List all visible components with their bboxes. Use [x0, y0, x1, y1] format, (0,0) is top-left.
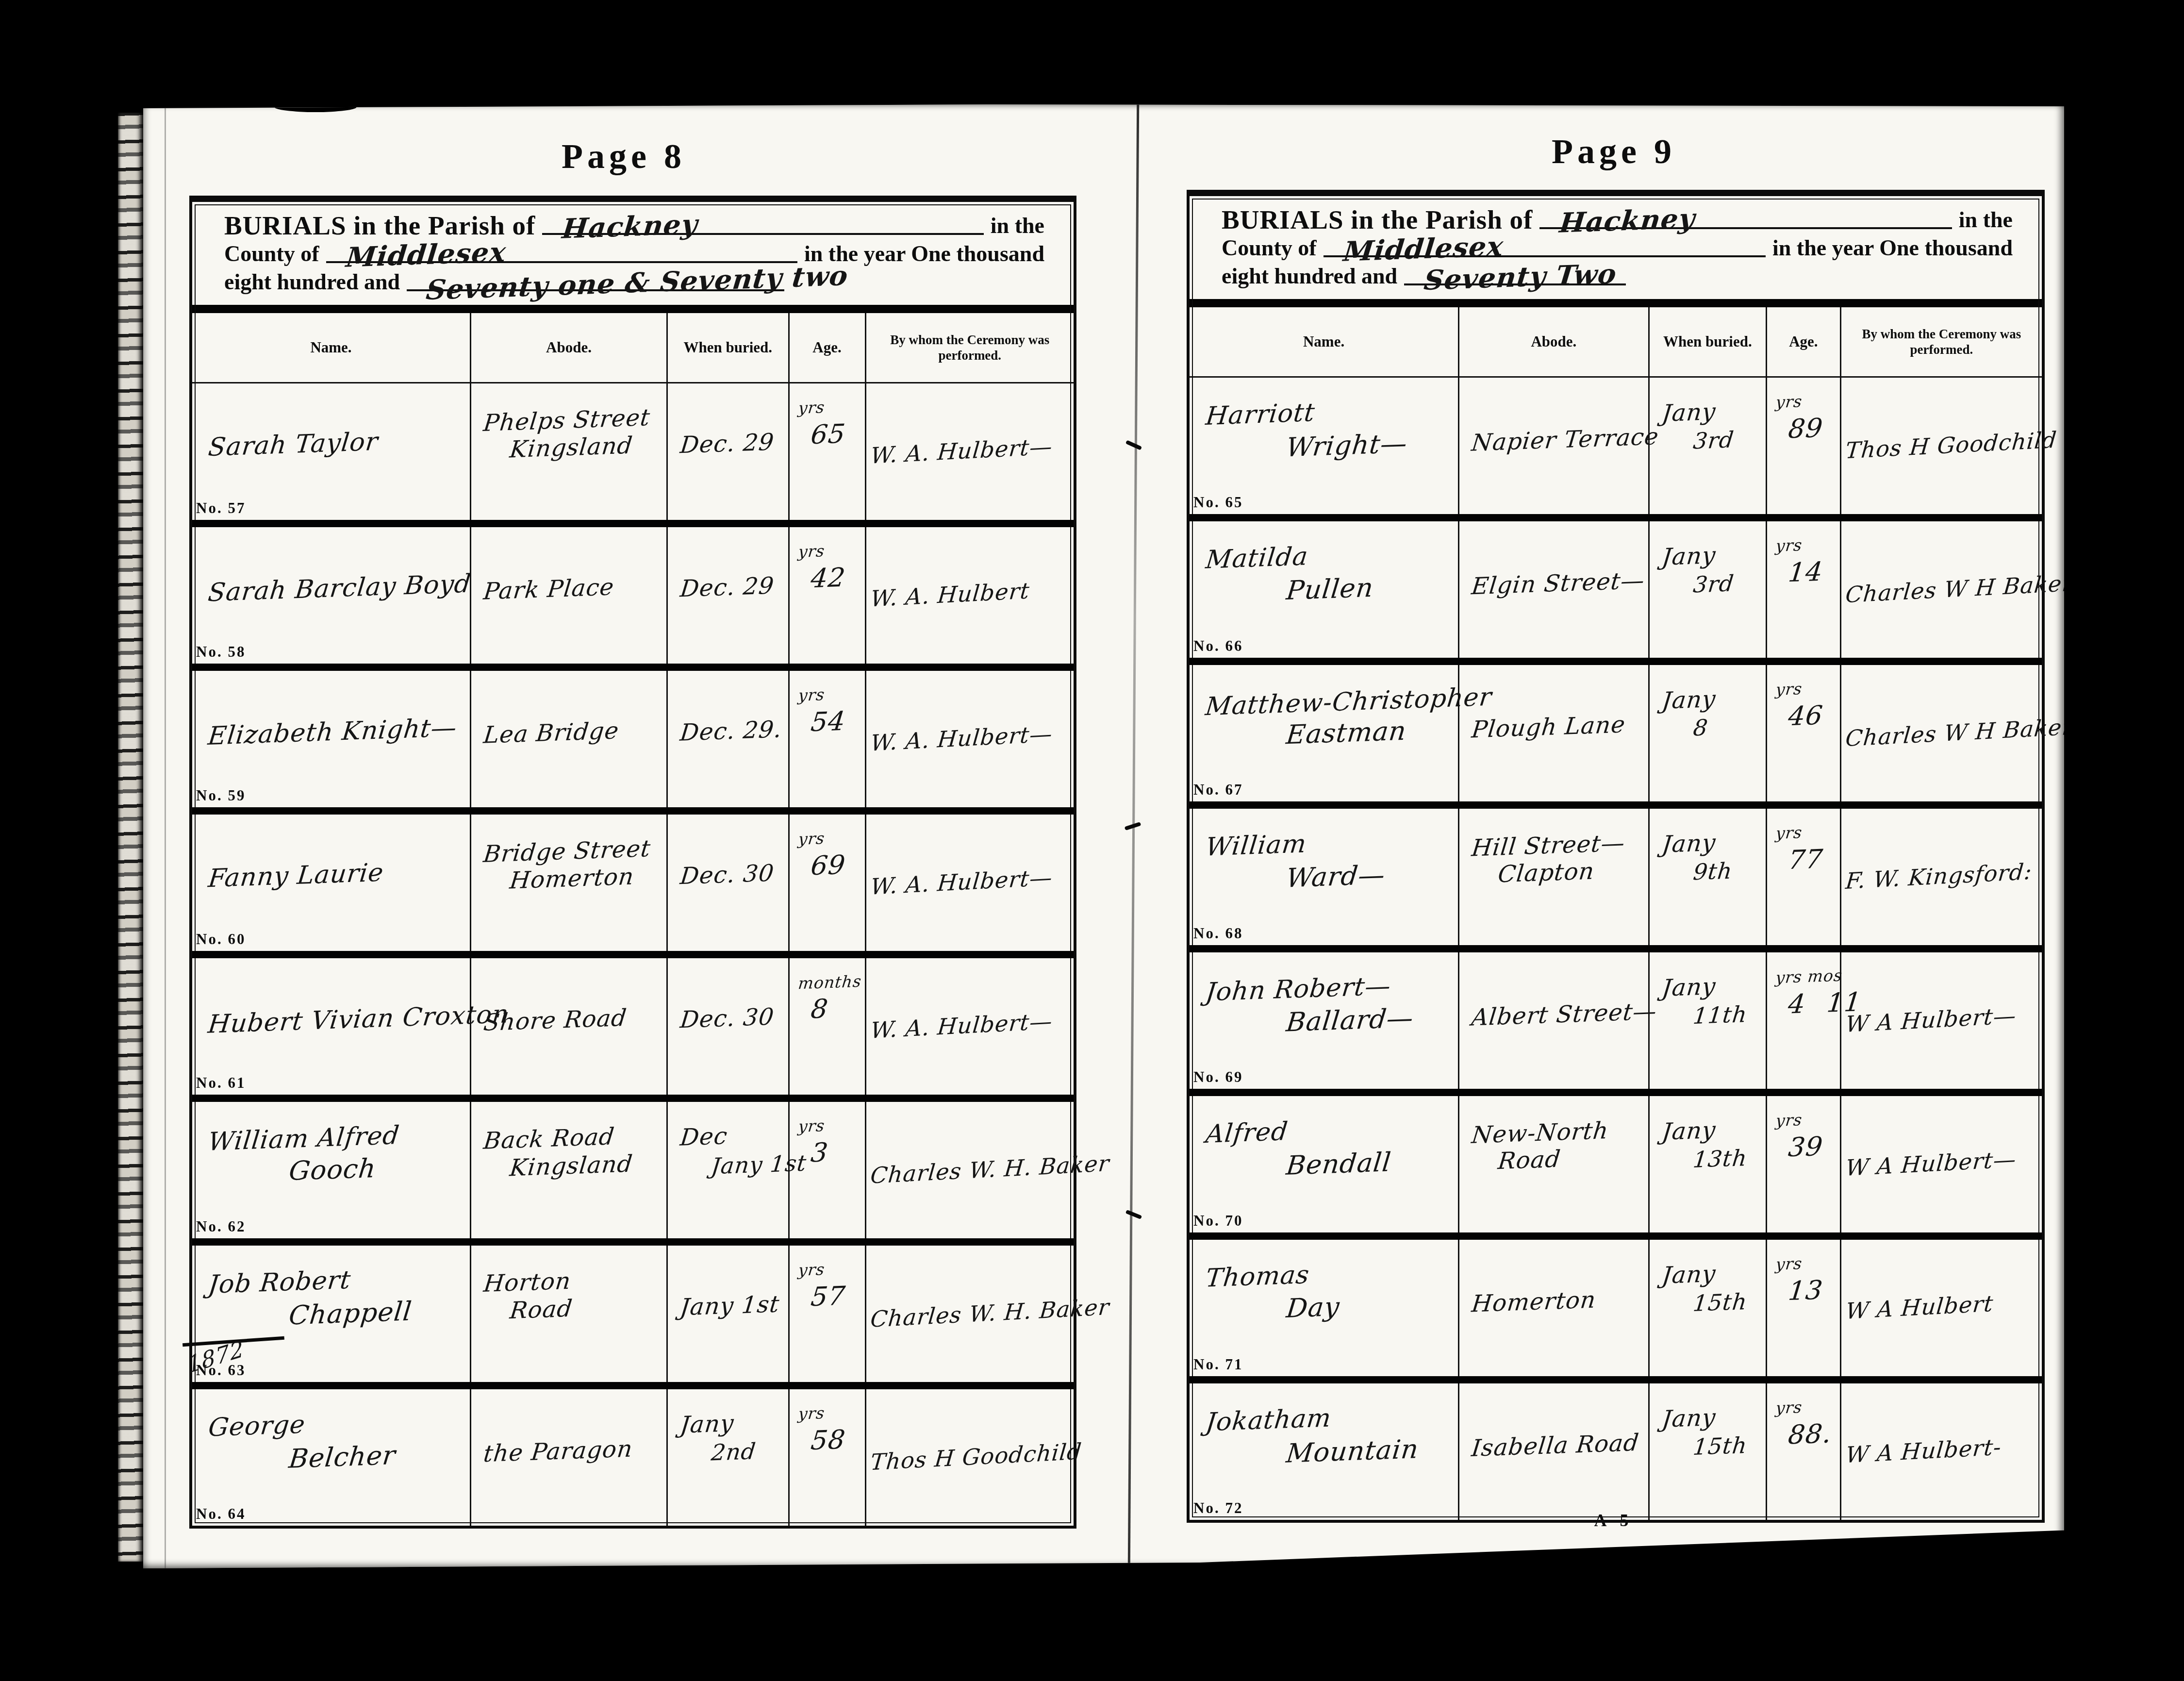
abode-line-2: Road — [1497, 1146, 1562, 1175]
age-unit: yrs — [797, 541, 826, 561]
minister-signature: W. A. Hulbert— — [869, 720, 1054, 756]
when-buried-line-1: Dec. 29 — [679, 429, 776, 459]
when-buried-line-2: 15th — [1692, 1432, 1749, 1460]
when-buried-cell: Dec. 30 — [666, 815, 788, 951]
page-edge-line — [165, 103, 166, 1568]
ceremony-by-cell: F. W. Kingsford: — [1840, 809, 2042, 945]
burial-record-row: John Robert— Ballard— No. 69 Albert Stre… — [1190, 952, 2042, 1096]
name-line-1: William — [1204, 829, 1308, 862]
when-buried-line-2: 3rd — [1692, 427, 1736, 454]
abode-cell: Plough Lane — [1458, 665, 1648, 801]
when-buried-cell: Jany 2nd — [666, 1389, 788, 1526]
divider-bar — [1190, 299, 2042, 307]
age-cell: yrs 89 — [1766, 378, 1840, 514]
name-line-2: Belcher — [287, 1440, 397, 1474]
age-value: 8 — [809, 993, 829, 1024]
when-buried-cell: Jany 11th — [1648, 952, 1766, 1089]
burial-register-form-page-8: BURIALS in the Parish of Hackney in the … — [189, 196, 1076, 1529]
age-cell: yrs 88. — [1766, 1383, 1840, 1520]
when-buried-line-1: Jany — [1661, 1116, 1717, 1146]
when-buried-line-1: Jany — [1661, 685, 1717, 715]
burial-record-row: Jokatham Mountain No. 72 Isabella Road J… — [1190, 1383, 2042, 1520]
when-buried-line-1: Dec. 29 — [679, 572, 776, 603]
minister-signature: Thos H Goodchild — [869, 1438, 1083, 1476]
ceremony-by-cell: W A Hulbert— — [1840, 952, 2042, 1089]
year-rule: Seventy Two — [1404, 263, 1625, 285]
column-header-abode: Abode. — [1458, 307, 1648, 376]
name-line-2: Ballard— — [1285, 1002, 1415, 1037]
burial-record-row: George Belcher No. 64 the Paragon Jany 2… — [192, 1389, 1074, 1526]
abode-cell: Isabella Road — [1458, 1383, 1648, 1520]
when-buried-line-1: Jany 1st — [679, 1290, 781, 1321]
abode-cell: Back Road Kingsland — [470, 1102, 666, 1238]
parish-handwritten: Hackney — [561, 210, 699, 243]
book-binding-edge — [118, 113, 144, 1562]
age-unit: yrs — [797, 1260, 826, 1280]
abode-cell: Bridge Street Homerton — [470, 815, 666, 951]
record-number: No. 69 — [1193, 1068, 1243, 1086]
age-value: 58 — [809, 1424, 847, 1456]
abode-line-1: Plough Lane — [1470, 711, 1626, 744]
burial-record-row: Matilda Pullen No. 66 Elgin Street— Jany… — [1190, 521, 2042, 665]
record-number: No. 65 — [1193, 494, 1243, 511]
age-unit: yrs — [797, 685, 826, 705]
when-buried-line-1: Jany — [1661, 398, 1717, 427]
age-value: 89 — [1787, 413, 1825, 444]
county-of-label: County of — [224, 240, 319, 268]
age-value: 57 — [809, 1281, 847, 1312]
in-the-label: in the — [1959, 206, 2013, 234]
ceremony-by-cell: W. A. Hulbert— — [865, 383, 1074, 520]
abode-cell: New-North Road — [1458, 1096, 1648, 1232]
name-cell: Thomas Day No. 71 — [1190, 1240, 1458, 1376]
burial-record-row: William Ward— No. 68 Hill Street— Clapto… — [1190, 809, 2042, 952]
burial-register-form-page-9: BURIALS in the Parish of Hackney in the … — [1187, 190, 2045, 1523]
abode-cell: Albert Street— — [1458, 952, 1648, 1089]
column-header-age: Age. — [1766, 307, 1840, 376]
ceremony-by-cell: Charles W H Baker — [1840, 665, 2072, 801]
record-number: No. 68 — [1193, 925, 1243, 942]
age-value: 65 — [809, 418, 847, 450]
ceremony-by-cell: W. A. Hulbert— — [865, 815, 1074, 951]
burial-record-row: Thomas Day No. 71 Homerton Jany 15th yrs… — [1190, 1240, 2042, 1383]
header-line-3: eight hundred and Seventy Two — [1222, 262, 2013, 290]
binding-stitch — [1125, 440, 1142, 450]
record-number: No. 64 — [196, 1505, 246, 1523]
age-unit: yrs — [1775, 392, 1803, 412]
age-unit: yrs — [1775, 1110, 1803, 1130]
name-cell: Sarah Barclay Boyd No. 58 — [192, 527, 470, 664]
parish-rule: Hackney — [542, 213, 984, 235]
when-buried-line-1: Jany — [1661, 829, 1717, 858]
name-cell: John Robert— Ballard— No. 69 — [1190, 952, 1458, 1089]
abode-cell: Shore Road — [470, 958, 666, 1095]
age-cell: yrs 14 — [1766, 521, 1840, 658]
name-line-1: Job Robert — [207, 1265, 352, 1299]
when-buried-line-2: 15th — [1692, 1288, 1749, 1316]
name-line-2: Wright— — [1285, 428, 1409, 463]
abode-line-2: Kingsland — [509, 432, 634, 464]
county-handwritten: Middlesex — [345, 238, 508, 271]
column-header-name: Name. — [1190, 307, 1458, 376]
name-cell: Sarah Taylor No. 57 — [192, 383, 470, 520]
abode-line-1: Back Road — [482, 1123, 616, 1154]
ceremony-by-cell: W. A. Hulbert— — [865, 671, 1074, 807]
when-buried-cell: Jany 1st — [666, 1246, 788, 1382]
ceremony-by-cell: W. A. Hulbert — [865, 527, 1074, 664]
ceremony-by-cell: W A Hulbert — [1840, 1240, 2042, 1376]
record-number: No. 61 — [196, 1074, 246, 1092]
parish-rule: Hackney — [1539, 207, 1952, 229]
abode-line-1: New-North — [1471, 1117, 1610, 1149]
name-line-2: Chappell — [287, 1296, 414, 1331]
minister-signature: W. A. Hulbert— — [869, 433, 1054, 468]
year-handwritten: Seventy Two — [1423, 260, 1618, 295]
age-value: 69 — [809, 849, 847, 881]
age-unit: yrs — [1775, 1254, 1803, 1274]
column-headers: Name. Abode. When buried. Age. By whom t… — [192, 313, 1074, 383]
ceremony-by-cell: Thos H Goodchild — [1840, 378, 2056, 514]
minister-signature: W A Hulbert — [1845, 1290, 1995, 1324]
abode-line-1: Park Place — [482, 573, 616, 605]
book-crease — [1128, 103, 1139, 1568]
when-buried-cell: Jany 3rd — [1648, 378, 1766, 514]
when-buried-cell: Dec. 29 — [666, 527, 788, 664]
record-number: No. 59 — [196, 787, 246, 804]
when-buried-line-2: 13th — [1692, 1145, 1749, 1173]
age-value: 46 — [1787, 700, 1825, 732]
abode-line-1: the Paragon — [482, 1435, 634, 1468]
name-cell: Hubert Vivian Croxton No. 61 — [192, 958, 470, 1095]
record-number: No. 66 — [1193, 637, 1243, 655]
age-unit: yrs — [1775, 823, 1803, 843]
year-one-thousand-label: in the year One thousand — [1772, 234, 2013, 262]
age-unit: yrs — [1775, 679, 1803, 699]
name-line-1: Alfred — [1204, 1117, 1289, 1149]
form-header: BURIALS in the Parish of Hackney in the … — [192, 202, 1074, 302]
ceremony-by-cell: Charles W. H. Baker — [865, 1246, 1109, 1382]
when-buried-cell: Jany 15th — [1648, 1383, 1766, 1520]
when-buried-cell: Jany 15th — [1648, 1240, 1766, 1376]
name-cell: Matilda Pullen No. 66 — [1190, 521, 1458, 658]
county-handwritten: Middlesex — [1342, 232, 1505, 266]
when-buried-cell: Jany 9th — [1648, 809, 1766, 945]
age-unit: yrs — [797, 829, 826, 849]
burial-record-row: Sarah Taylor No. 57 Phelps Street Kingsl… — [192, 383, 1074, 527]
name-cell: William Ward— No. 68 — [1190, 809, 1458, 945]
burial-record-row: Job Robert Chappell No. 63 Horton Road J… — [192, 1246, 1074, 1389]
age-value: 42 — [809, 562, 847, 594]
minister-signature: F. W. Kingsford: — [1844, 858, 2033, 894]
name-line-1: Sarah Taylor — [207, 427, 380, 462]
age-value: 39 — [1787, 1131, 1825, 1163]
name-cell: George Belcher No. 64 — [192, 1389, 470, 1526]
abode-cell: Park Place — [470, 527, 666, 664]
age-cell: yrs mos 4 11 — [1766, 952, 1840, 1089]
ceremony-by-cell: W. A. Hulbert— — [865, 958, 1074, 1095]
county-rule: Middlesex — [326, 241, 797, 263]
age-cell: yrs 46 — [1766, 665, 1840, 801]
ceremony-by-cell: Charles W. H. Baker — [865, 1102, 1109, 1238]
age-cell: yrs 54 — [788, 671, 865, 807]
when-buried-line-2: 11th — [1692, 1001, 1749, 1029]
column-header-abode: Abode. — [470, 313, 666, 382]
name-line-1: Harriott — [1204, 398, 1316, 431]
age-value: 54 — [809, 706, 847, 737]
name-cell: Jokatham Mountain No. 72 — [1190, 1383, 1458, 1520]
record-number: No. 71 — [1193, 1356, 1243, 1373]
abode-line-2: Kingsland — [509, 1150, 634, 1182]
age-value: 3 — [809, 1137, 829, 1168]
ceremony-by-cell: Thos H Goodchild — [865, 1389, 1081, 1526]
abode-cell: the Paragon — [470, 1389, 666, 1526]
name-cell: Harriott Wright— No. 65 — [1190, 378, 1458, 514]
abode-line-1: Albert Street— — [1470, 998, 1658, 1031]
burial-record-row: Alfred Bendall No. 70 New-North Road Jan… — [1190, 1096, 2042, 1240]
when-buried-line-1: Dec. 30 — [679, 860, 776, 890]
abode-line-1: Shore Road — [482, 1004, 628, 1036]
burial-record-row: Harriott Wright— No. 65 Napier Terrace J… — [1190, 378, 2042, 521]
name-line-1: Jokatham — [1204, 1404, 1333, 1437]
name-line-1: William Alfred — [207, 1121, 401, 1157]
age-cell: yrs 69 — [788, 815, 865, 951]
burials-label: BURIALS in the Parish of — [1222, 206, 1533, 234]
divider-bar — [192, 305, 1074, 313]
age-unit: yrs — [797, 398, 826, 417]
age-value: 13 — [1787, 1275, 1825, 1306]
name-line-1: Fanny Laurie — [207, 858, 385, 894]
burial-record-row: Matthew-Christopher Eastman No. 67 Ploug… — [1190, 665, 2042, 809]
record-number: No. 62 — [196, 1218, 246, 1235]
parish-handwritten: Hackney — [1558, 204, 1697, 237]
abode-line-1: Napier Terrace — [1470, 423, 1660, 456]
minister-signature: Charles W. H. Baker — [869, 1294, 1110, 1332]
burial-record-row: Elizabeth Knight— No. 59 Lea Bridge Dec.… — [192, 671, 1074, 815]
burial-record-row: William Alfred Gooch No. 62 Back Road Ki… — [192, 1102, 1074, 1246]
abode-cell: Horton Road — [470, 1246, 666, 1382]
column-header-when-buried: When buried. — [1648, 307, 1766, 376]
name-line-2: Gooch — [287, 1153, 378, 1186]
minister-signature: W A Hulbert— — [1844, 1002, 2017, 1037]
when-buried-line-1: Dec. 30 — [679, 1003, 776, 1034]
name-cell: Fanny Laurie No. 60 — [192, 815, 470, 951]
age-cell: yrs 65 — [788, 383, 865, 520]
when-buried-cell: Jany 13th — [1648, 1096, 1766, 1232]
record-number: No. 57 — [196, 499, 246, 517]
minister-signature: W A Hulbert- — [1844, 1434, 2002, 1468]
name-line-2: Ward— — [1285, 859, 1387, 893]
abode-cell: Lea Bridge — [470, 671, 666, 807]
name-line-1: George — [207, 1410, 307, 1443]
when-buried-cell: Dec. 29. — [666, 671, 788, 807]
binding-stitch — [1125, 1210, 1142, 1219]
abode-line-1: Lea Bridge — [482, 717, 620, 749]
abode-cell: Hill Street— Clapton — [1458, 809, 1648, 945]
when-buried-line-1: Jany — [1661, 1260, 1717, 1289]
age-unit: yrs — [1775, 535, 1803, 555]
abode-cell: Elgin Street— — [1458, 521, 1648, 658]
when-buried-line-2: 8 — [1692, 714, 1709, 741]
when-buried-line-2: 3rd — [1692, 570, 1736, 598]
scan-smudge — [274, 101, 357, 112]
column-header-by-whom: By whom the Ceremony was performed. — [1840, 307, 2042, 376]
when-buried-line-2: 2nd — [710, 1438, 757, 1465]
ceremony-by-cell: W A Hulbert— — [1840, 1096, 2042, 1232]
name-line-1: Thomas — [1204, 1260, 1311, 1293]
page-9-title: Page 9 — [1444, 132, 1784, 172]
age-cell: yrs 77 — [1766, 809, 1840, 945]
burial-record-row: Fanny Laurie No. 60 Bridge Street Homert… — [192, 815, 1074, 958]
record-number: No. 58 — [196, 643, 246, 661]
when-buried-line-1: Jany — [1661, 973, 1717, 1002]
burial-record-row: Sarah Barclay Boyd No. 58 Park Place Dec… — [192, 527, 1074, 671]
county-of-label: County of — [1222, 234, 1317, 262]
name-line-1: Elizabeth Knight— — [207, 713, 459, 751]
abode-line-1: Hill Street— — [1470, 830, 1626, 862]
abode-line-2: Homerton — [509, 863, 636, 895]
header-line-1: BURIALS in the Parish of Hackney in the — [1222, 206, 2013, 234]
record-number: No. 60 — [196, 931, 246, 948]
when-buried-cell: Dec. 30 — [666, 958, 788, 1095]
age-unit: yrs — [797, 1116, 826, 1136]
when-buried-cell: Jany 8 — [1648, 665, 1766, 801]
name-line-1: Sarah Barclay Boyd — [207, 569, 473, 608]
abode-line-2: Road — [509, 1295, 574, 1324]
abode-line-1: Homerton — [1471, 1286, 1598, 1318]
when-buried-cell: Dec Jany 1st — [666, 1102, 788, 1238]
when-buried-line-1: Dec. 29. — [679, 716, 783, 746]
when-buried-cell: Jany 3rd — [1648, 521, 1766, 658]
age-unit: yrs mos — [1775, 966, 1844, 987]
burial-record-row: Hubert Vivian Croxton No. 61 Shore Road … — [192, 958, 1074, 1102]
column-header-age: Age. — [788, 313, 865, 382]
ceremony-by-cell: W A Hulbert- — [1840, 1383, 2042, 1520]
page-8-title: Page 8 — [454, 136, 794, 177]
age-unit: yrs — [797, 1403, 826, 1423]
county-rule: Middlesex — [1324, 235, 1766, 257]
age-cell: yrs 57 — [788, 1246, 865, 1382]
name-line-1: Matilda — [1204, 542, 1309, 574]
abode-cell: Napier Terrace — [1458, 378, 1648, 514]
minister-signature: Charles W H Baker — [1844, 570, 2074, 608]
name-cell: Alfred Bendall No. 70 — [1190, 1096, 1458, 1232]
age-value: 77 — [1787, 844, 1825, 875]
when-buried-line-1: Jany — [1661, 542, 1717, 571]
name-line-2: Pullen — [1285, 572, 1375, 606]
column-header-name: Name. — [192, 313, 470, 382]
name-cell: Elizabeth Knight— No. 59 — [192, 671, 470, 807]
record-number: No. 72 — [1193, 1499, 1243, 1517]
records-page-9: Harriott Wright— No. 65 Napier Terrace J… — [1190, 378, 2042, 1520]
record-number: No. 67 — [1193, 781, 1243, 799]
age-cell: yrs 39 — [1766, 1096, 1840, 1232]
age-value: 88. — [1787, 1418, 1833, 1450]
minister-signature: Thos H Goodchild — [1844, 427, 2058, 464]
minister-signature: W. A. Hulbert — [869, 578, 1030, 612]
age-unit: yrs — [1775, 1398, 1803, 1417]
name-cell: William Alfred Gooch No. 62 — [192, 1102, 470, 1238]
when-buried-line-1: Dec — [679, 1122, 729, 1151]
age-cell: yrs 58 — [788, 1389, 865, 1526]
minister-signature: Charles W. H. Baker — [869, 1150, 1110, 1189]
name-line-1: John Robert— — [1204, 971, 1392, 1007]
sheet-mark: A 5 — [1444, 1510, 1784, 1531]
name-cell: Matthew-Christopher Eastman No. 67 — [1190, 665, 1458, 801]
header-line-1: BURIALS in the Parish of Hackney in the — [224, 212, 1044, 240]
in-the-label: in the — [991, 212, 1044, 240]
column-headers: Name. Abode. When buried. Age. By whom t… — [1190, 307, 2042, 378]
name-line-1: Hubert Vivian Croxton — [207, 999, 511, 1039]
name-line-2: Day — [1285, 1291, 1341, 1324]
name-line-1: Matthew-Christopher — [1204, 682, 1493, 721]
age-value: 14 — [1787, 556, 1825, 588]
name-line-2: Eastman — [1285, 716, 1408, 750]
age-unit: months — [797, 972, 862, 993]
ceremony-by-cell: Charles W H Baker — [1840, 521, 2072, 658]
record-number: No. 70 — [1193, 1212, 1243, 1230]
abode-line-1: Isabella Road — [1470, 1429, 1640, 1462]
register-spread: Page 8 Page 9 BURIALS in the Parish of H… — [143, 103, 2064, 1568]
when-buried-cell: Dec. 29 — [666, 383, 788, 520]
header-line-2: County of Middlesex in the year One thou… — [224, 240, 1044, 268]
column-header-when-buried: When buried. — [666, 313, 788, 382]
minister-signature: W. A. Hulbert— — [869, 1008, 1054, 1043]
abode-line-1: Elgin Street— — [1470, 567, 1646, 600]
minister-signature: W. A. Hulbert— — [869, 864, 1054, 899]
minister-signature: W A Hulbert— — [1844, 1146, 2017, 1181]
scanned-register-photo: Page 8 Page 9 BURIALS in the Parish of H… — [0, 0, 2184, 1681]
name-line-2: Mountain — [1285, 1433, 1420, 1468]
burials-label: BURIALS in the Parish of — [224, 212, 535, 240]
when-buried-line-1: Jany — [679, 1410, 735, 1439]
name-line-2: Bendall — [1285, 1147, 1392, 1181]
age-cell: months 8 — [788, 958, 865, 1095]
age-cell: yrs 42 — [788, 527, 865, 664]
form-header: BURIALS in the Parish of Hackney in the … — [1190, 196, 2042, 296]
minister-signature: Charles W H Baker — [1844, 714, 2074, 751]
column-header-by-whom: By whom the Ceremony was performed. — [865, 313, 1074, 382]
abode-line-1: Horton — [482, 1267, 572, 1298]
age-cell: yrs 13 — [1766, 1240, 1840, 1376]
records-page-8: Sarah Taylor No. 57 Phelps Street Kingsl… — [192, 383, 1074, 1526]
abode-line-2: Clapton — [1497, 858, 1596, 888]
when-buried-line-1: Jany — [1661, 1404, 1717, 1433]
abode-cell: Homerton — [1458, 1240, 1648, 1376]
age-cell: yrs 3 — [788, 1102, 865, 1238]
abode-cell: Phelps Street Kingsland — [470, 383, 666, 520]
when-buried-line-2: 9th — [1692, 858, 1734, 885]
year-rule: Seventy one & Seventy two — [407, 269, 784, 291]
